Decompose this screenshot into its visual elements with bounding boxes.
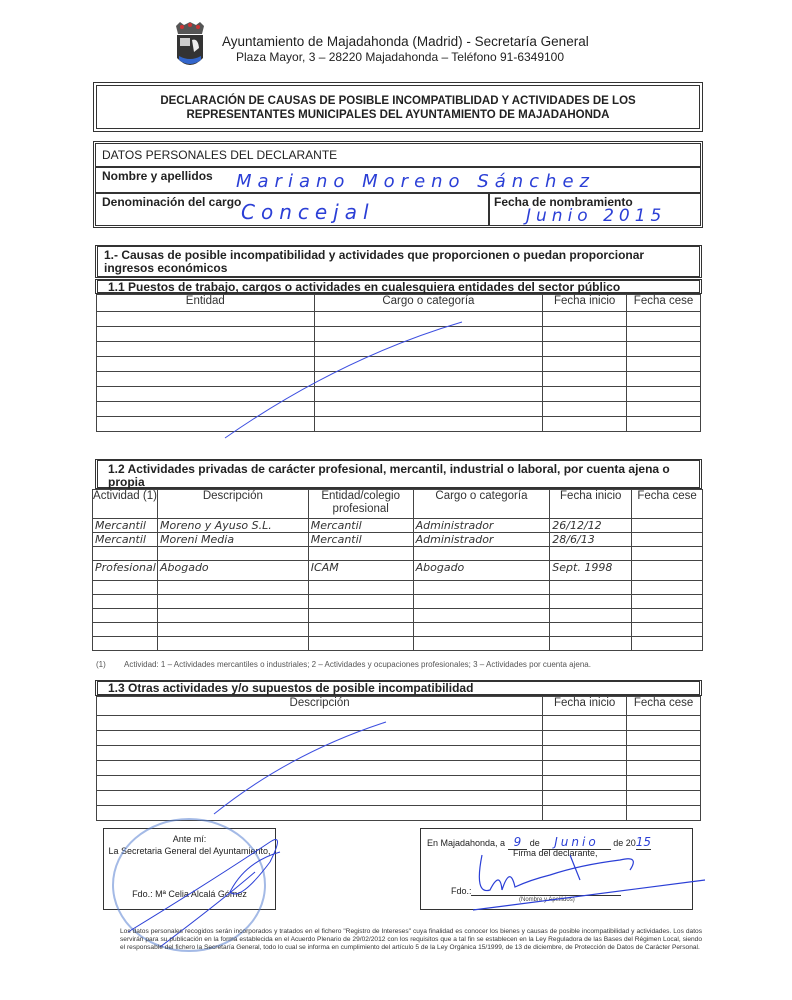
column-header: Fecha cese [632,490,703,519]
declarant-signature-scribble[interactable] [470,845,710,915]
table-row [97,746,701,761]
table-cell[interactable] [157,547,308,561]
table-cell[interactable] [93,637,158,651]
table-cell[interactable] [157,637,308,651]
personal-data-box: DATOS PERSONALES DEL DECLARANTE Nombre y… [93,141,703,228]
table-cell[interactable] [627,806,701,821]
other-activities-table: DescripciónFecha inicioFecha cese [96,696,701,821]
table-cell[interactable]: Moreni Media [157,533,308,547]
table-header-row: DescripciónFecha inicioFecha cese [97,697,701,716]
column-header: Fecha inicio [543,697,627,716]
fdo-label: Fdo.: [451,886,472,896]
column-header: Fecha cese [627,697,701,716]
table-cell[interactable] [632,637,703,651]
appointment-date-field[interactable]: Junio 2015 [526,206,666,226]
table-cell[interactable] [93,547,158,561]
table-cell[interactable] [308,547,413,561]
table-cell[interactable] [413,623,550,637]
table-cell[interactable] [413,609,550,623]
table-row: ProfesionalAbogadoICAMAbogadoSept. 1998 [93,561,703,581]
table-row [93,609,703,623]
table-cell[interactable] [627,791,701,806]
table-cell[interactable]: Abogado [157,561,308,581]
table-cell[interactable] [627,327,701,342]
table-cell[interactable] [632,595,703,609]
table-cell[interactable] [543,746,627,761]
table-cell[interactable] [627,746,701,761]
table-cell[interactable] [543,372,627,387]
section13-heading: 1.3 Otras actividades y/o supuestos de p… [95,680,702,696]
table-cell[interactable]: Sept. 1998 [550,561,632,581]
column-header: Fecha inicio [550,490,632,519]
table-cell[interactable] [157,581,308,595]
table-cell[interactable] [413,637,550,651]
document-title-line2: REPRESENTANTES MUNICIPALES DEL AYUNTAMIE… [97,109,699,121]
table-cell[interactable] [627,372,701,387]
table-cell[interactable] [543,806,627,821]
cross-out-line [220,318,470,443]
column-header: Fecha inicio [543,295,627,312]
column-header: Cargo o categoría [413,490,550,519]
column-header: Entidad [97,295,315,312]
table-cell[interactable]: Mercantil [308,519,413,533]
table-cell[interactable] [543,731,627,746]
table-cell[interactable] [550,637,632,651]
table-cell[interactable] [543,776,627,791]
table-cell[interactable] [550,609,632,623]
table-row [93,623,703,637]
coat-of-arms-icon [170,22,210,72]
cross-out-line [210,718,390,818]
table-cell[interactable]: Mercantil [308,533,413,547]
table-row [93,637,703,651]
table-cell[interactable] [93,595,158,609]
table-cell[interactable] [627,312,701,327]
table-row [93,595,703,609]
table-row [93,581,703,595]
position-label: Denominación del cargo [102,195,241,209]
table-row [97,791,701,806]
table-cell[interactable] [93,609,158,623]
table-row [97,761,701,776]
table-cell[interactable] [550,623,632,637]
table-cell[interactable] [543,761,627,776]
table-row [97,716,701,731]
table-cell[interactable]: Administrador [413,533,550,547]
table-cell[interactable] [157,595,308,609]
table-row [97,731,701,746]
table-cell[interactable] [543,312,627,327]
table-cell[interactable] [627,402,701,417]
table-cell[interactable] [550,581,632,595]
table-cell[interactable] [632,519,703,533]
table-cell[interactable] [543,387,627,402]
table-row: MercantilMoreni MediaMercantilAdministra… [93,533,703,547]
table-cell[interactable] [308,623,413,637]
legal-notice: Los datos personales recogidos serán inc… [120,928,702,952]
header-line1: Ayuntamiento de Majadahonda (Madrid) - S… [222,34,589,49]
footnote-text: Actividad: 1 – Actividades mercantiles o… [124,660,591,669]
table-cell[interactable]: Administrador [413,519,550,533]
table-cell[interactable] [550,595,632,609]
table-row [97,776,701,791]
table-cell[interactable] [93,581,158,595]
table-cell[interactable]: Profesional [93,561,158,581]
name-label: Nombre y apellidos [102,169,213,183]
private-activities-table: Actividad (1)DescripciónEntidad/colegio … [92,489,703,651]
table-cell[interactable] [308,581,413,595]
table-cell[interactable] [632,623,703,637]
table-cell[interactable] [632,561,703,581]
name-field[interactable]: Mariano Moreno Sánchez [236,171,595,192]
section1-heading: 1.- Causas de posible incompatibilidad y… [95,245,702,278]
table-cell[interactable] [543,402,627,417]
table-cell[interactable] [627,342,701,357]
table-cell[interactable] [632,581,703,595]
column-header: Entidad/colegio profesional [308,490,413,519]
table-cell[interactable] [550,547,632,561]
table-cell[interactable] [543,342,627,357]
table-cell[interactable]: 28/6/13 [550,533,632,547]
column-header: Fecha cese [627,295,701,312]
table-cell[interactable] [308,609,413,623]
table-cell[interactable] [308,637,413,651]
section12-heading: 1.2 Actividades privadas de carácter pro… [95,459,702,489]
table-cell[interactable] [157,623,308,637]
table-header-row: Actividad (1)DescripciónEntidad/colegio … [93,490,703,519]
document-title-line1: DECLARACIÓN DE CAUSAS DE POSIBLE INCOMPA… [97,95,699,107]
table-cell[interactable] [93,623,158,637]
table-cell[interactable]: Mercantil [93,533,158,547]
table-row [93,547,703,561]
table-cell[interactable] [413,547,550,561]
table-cell[interactable] [627,387,701,402]
table-cell[interactable]: 26/12/12 [550,519,632,533]
table-cell[interactable] [627,761,701,776]
footnote-mark: (1) [96,660,106,669]
column-header: Cargo o categoría [314,295,543,312]
table-row: MercantilMoreno y Ayuso S.L.MercantilAdm… [93,519,703,533]
table-cell[interactable] [627,417,701,432]
table-cell[interactable] [543,327,627,342]
table-cell[interactable]: ICAM [308,561,413,581]
table-cell[interactable] [543,417,627,432]
table-cell[interactable]: Mercantil [93,519,158,533]
table-cell[interactable] [308,595,413,609]
table-cell[interactable] [632,609,703,623]
table-cell[interactable] [543,357,627,372]
table-cell[interactable] [627,357,701,372]
table-cell[interactable] [543,716,627,731]
table-cell[interactable] [627,776,701,791]
table-cell[interactable] [627,716,701,731]
column-header: Actividad (1) [93,490,158,519]
document-title-box: DECLARACIÓN DE CAUSAS DE POSIBLE INCOMPA… [93,82,703,132]
table-cell[interactable]: Moreno y Ayuso S.L. [157,519,308,533]
header-line2: Plaza Mayor, 3 – 28220 Majadahonda – Tel… [236,50,564,64]
table-cell[interactable] [632,547,703,561]
table-cell[interactable] [632,533,703,547]
table-cell[interactable] [413,595,550,609]
personal-heading: DATOS PERSONALES DEL DECLARANTE [102,148,337,162]
table-cell[interactable] [543,791,627,806]
table-cell[interactable] [157,609,308,623]
table-cell[interactable] [413,581,550,595]
column-header: Descripción [97,697,543,716]
table-header-row: EntidadCargo o categoríaFecha inicioFech… [97,295,701,312]
position-field[interactable]: Concejal [241,200,375,224]
section11-heading: 1.1 Puestos de trabajo, cargos o activid… [95,279,702,294]
table-cell[interactable]: Abogado [413,561,550,581]
table-cell[interactable] [627,731,701,746]
column-header: Descripción [157,490,308,519]
